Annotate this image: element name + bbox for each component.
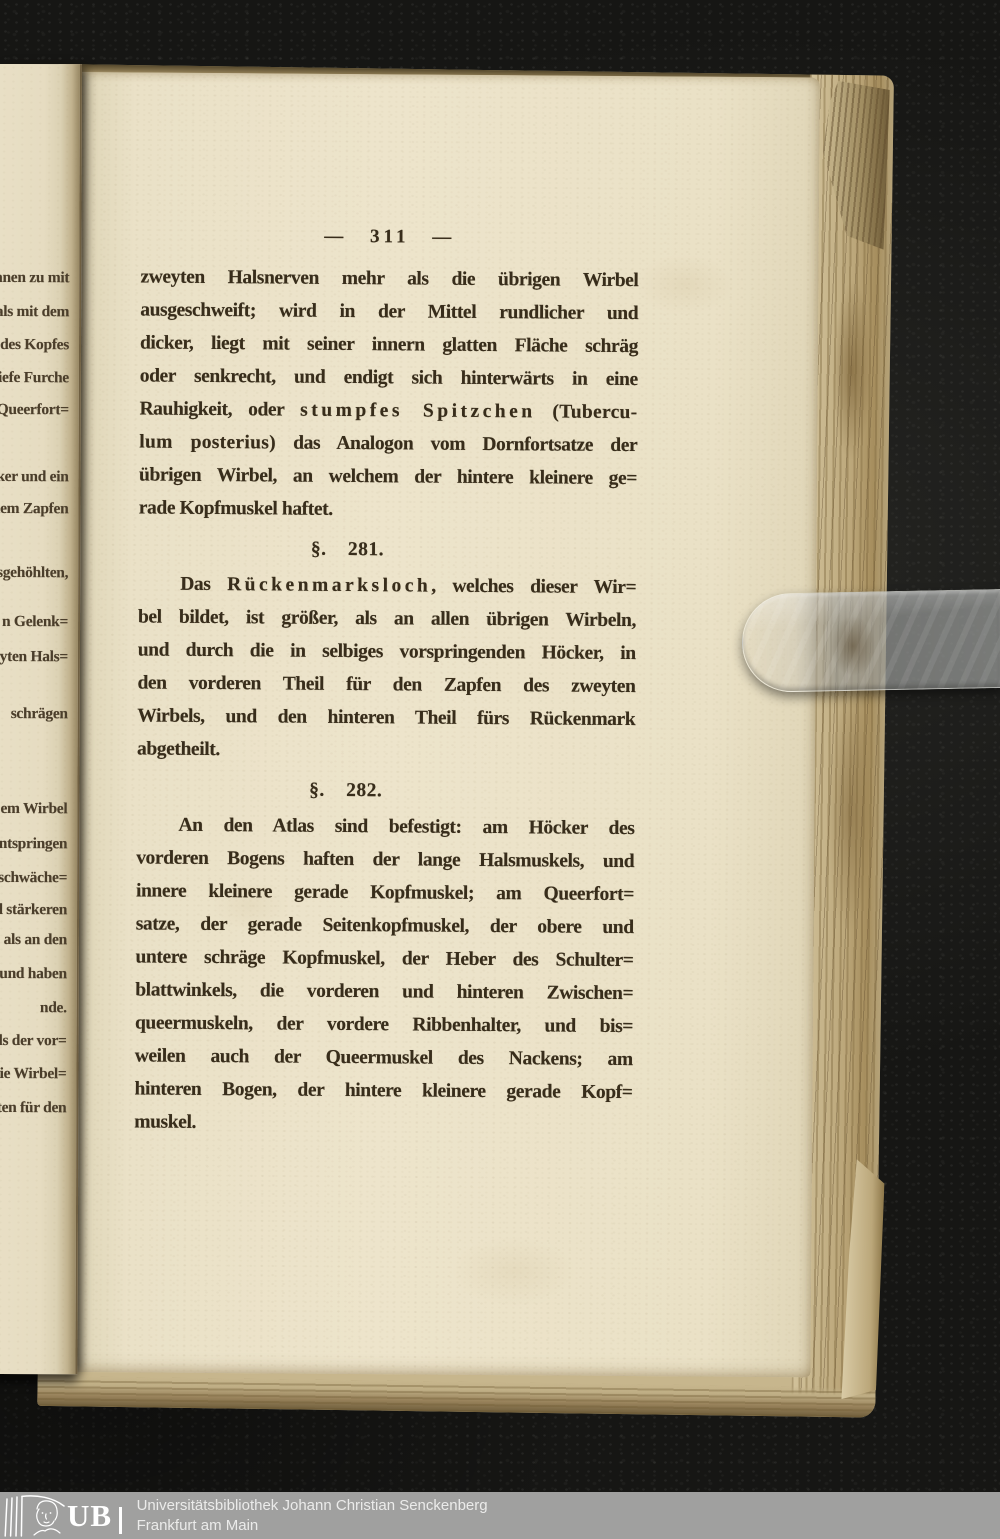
left-page-fragment: , und haben <box>0 962 67 986</box>
left-page-fragment: en Queerfort= <box>0 398 69 422</box>
left-page-fragment: ls der vor= <box>0 1029 67 1053</box>
text-line: den vorderen Theil für den Zapfen des zw… <box>137 666 635 703</box>
text-line: innere kleinere gerade Kopfmuskel; am Qu… <box>136 874 634 911</box>
latin-term: (Tubercu- <box>536 401 638 423</box>
text-line: queermuskeln, der vordere Ribbenhalter, … <box>135 1006 633 1043</box>
left-page-fragment: ) innen zu mit <box>0 266 69 290</box>
left-page-fragment: nde. <box>40 996 67 1020</box>
banner-title: Universitätsbibliothek Johann Christian … <box>137 1496 488 1516</box>
left-page-fragment: schrägen <box>11 702 68 726</box>
text-line: lum posterius) das Analogon vom Dornfort… <box>139 425 637 462</box>
left-page-fragment: nd stärkeren <box>0 898 67 922</box>
logo-divider <box>119 1507 122 1534</box>
text-segment: das Analogon vom Dornfortsatze der <box>276 432 637 456</box>
left-page-fragment: nd schwäche= <box>0 866 67 890</box>
text-line: übrigen Wirbel, an welchem der hintere k… <box>139 458 637 495</box>
letterspaced-term: Rückenmarksloch <box>227 574 431 596</box>
section-heading-282: §. 282. <box>137 772 555 808</box>
text-line: An den Atlas sind befestigt: am Höcker d… <box>136 808 634 845</box>
left-page-fragment: , als an den <box>0 928 67 952</box>
left-page-fragment: usgehöhlten, <box>0 561 68 585</box>
text-segment: , welches dieser Wir= <box>431 576 636 599</box>
page-holder-strip <box>741 589 1000 693</box>
left-page-fragment: e tiefe Furche <box>0 366 69 390</box>
left-page-fragment: dem Zapfen <box>0 497 68 521</box>
text-line: abgetheilt. <box>137 732 635 769</box>
text-line: bel bildet, ist größer, als an allen übr… <box>138 600 636 637</box>
left-page-fragment: cker und ein <box>0 465 69 489</box>
bottom-page-edges <box>37 1376 875 1418</box>
left-page-fragment: eyten Hals= <box>0 645 68 669</box>
text-segment: Rauhigkeit, oder <box>139 398 300 420</box>
ub-logo: UB <box>3 1494 122 1538</box>
text-line: rade Kopfmuskel haftet. <box>139 491 637 528</box>
text-line: ausgeschweift; wird in der Mittel rundli… <box>140 293 638 330</box>
text-line: vorderen Bogens haften der lange Halsmus… <box>136 841 634 878</box>
banner-text: Universitätsbibliothek Johann Christian … <box>137 1496 488 1535</box>
goethe-portrait-icon <box>34 1500 60 1534</box>
book-scan: { "book_page": { "page_number": "— 311 —… <box>0 0 1000 1539</box>
page-text: — 311 — zweyten Halsnerven mehr als die … <box>134 220 639 1142</box>
banner-subtitle: Frankfurt am Main <box>137 1516 488 1536</box>
left-page-fragment: nten für den <box>0 1096 66 1120</box>
page-number: — 311 — <box>141 220 639 256</box>
left-page-fragment: als mit dem <box>0 300 69 324</box>
text-segment: Das <box>180 574 227 595</box>
text-line: blattwinkels, die vorderen und hinteren … <box>135 973 633 1010</box>
text-line: zweyten Halsnerven mehr als die übrigen … <box>140 260 638 297</box>
section-heading-281: §. 281. <box>138 531 556 567</box>
text-line: weilen auch der Queermuskel des Nackens;… <box>135 1039 633 1076</box>
left-page-edge: ) innen zu mit als mit dem en des Kopfes… <box>0 64 82 1374</box>
text-line: muskel. <box>134 1105 632 1142</box>
left-page-fragment: n Gelenk= <box>2 610 68 634</box>
left-page-fragment: die Wirbel= <box>0 1062 67 1086</box>
text-line: Rauhigkeit, oder stumpfes Spitzchen (Tub… <box>139 392 637 429</box>
ub-logo-text: UB <box>67 1494 112 1538</box>
text-line: Das Rückenmarksloch, welches dieser Wir= <box>138 567 636 604</box>
text-line: satze, der gerade Seitenkopfmuskel, der … <box>136 907 634 944</box>
text-line: untere schräge Kopfmuskel, der Heber des… <box>135 940 633 977</box>
left-page-fragment: en des Kopfes <box>0 333 69 357</box>
text-line: hinteren Bogen, der hintere kleinere ger… <box>134 1072 632 1109</box>
letterspaced-term: stumpfes Spitzchen <box>300 400 536 423</box>
text-line: und durch die in selbiges vorspringenden… <box>138 633 636 670</box>
ub-logo-graphic <box>3 1494 65 1538</box>
latin-term: lum posterius) <box>139 431 276 453</box>
left-page-fragment: entspringen <box>0 832 67 856</box>
left-page-fragment: em Wirbel <box>0 797 67 821</box>
text-line: oder senkrecht, und endigt sich hinterwä… <box>140 359 638 396</box>
right-page: — 311 — zweyten Halsnerven mehr als die … <box>68 72 820 1377</box>
text-line: dicker, liegt mit seiner innern glatten … <box>140 326 638 363</box>
text-line: Wirbels, und den hinteren Theil fürs Rüc… <box>137 699 635 736</box>
library-banner: UB Universitätsbibliothek Johann Christi… <box>0 1492 1000 1539</box>
